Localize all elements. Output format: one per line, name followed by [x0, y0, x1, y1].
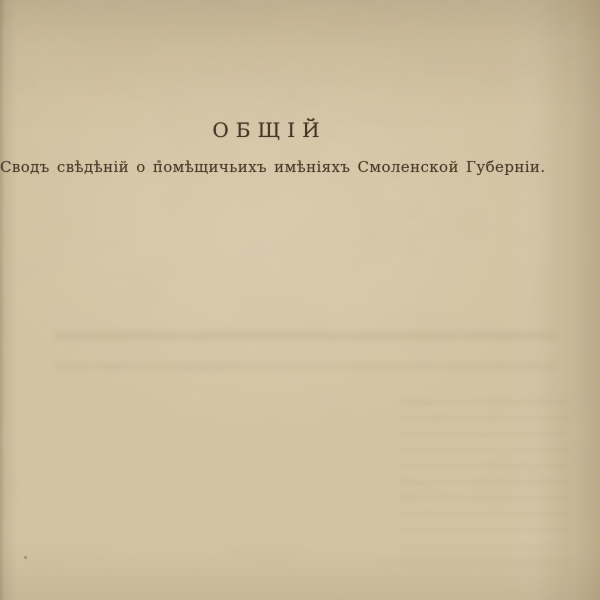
- show-through-text-ghost: [400, 400, 570, 570]
- ink-speck: [24, 556, 27, 559]
- ink-speck: [157, 160, 161, 163]
- scanned-book-page: ОБЩІЙ Сводъ свѣдѣній о помѣщичьихъ имѣні…: [0, 0, 600, 600]
- show-through-striation: [55, 331, 555, 340]
- show-through-striation: [55, 363, 555, 370]
- title-block: ОБЩІЙ Сводъ свѣдѣній о помѣщичьихъ имѣні…: [0, 118, 532, 176]
- page-heading: ОБЩІЙ: [0, 118, 532, 142]
- paper-texture: [0, 0, 600, 600]
- page-subtitle: Сводъ свѣдѣній о помѣщичьихъ имѣніяхъ См…: [0, 158, 532, 176]
